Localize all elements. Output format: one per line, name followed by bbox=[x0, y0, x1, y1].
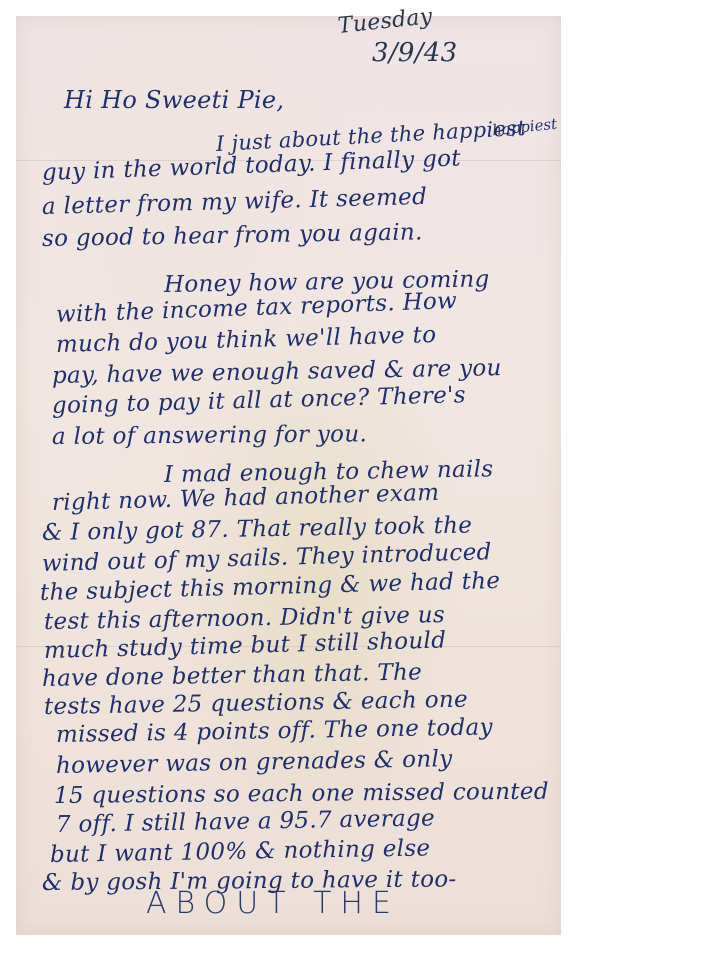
letter-line: 15 questions so each one missed counted bbox=[54, 779, 549, 809]
letter-line: much do you think we'll have to bbox=[56, 322, 437, 358]
letter-salutation: Hi Ho Sweeti Pie, bbox=[64, 86, 284, 114]
letter-line: 7 off. I still have a 95.7 average bbox=[56, 805, 435, 838]
letter-line: however was on grenades & only bbox=[56, 746, 453, 779]
letter-line: but I want 100% & nothing else bbox=[50, 835, 431, 868]
letter-line: missed is 4 points off. The one today bbox=[56, 714, 493, 748]
letter-line: a letter from my wife. It seemed bbox=[42, 184, 428, 220]
letter-page: Tuesday 3/9/43 Hi Ho Sweeti Pie, happies… bbox=[16, 16, 561, 935]
letter-line: right now. We had another exam bbox=[52, 480, 440, 516]
letter-line: with the income tax reports. How bbox=[56, 288, 458, 328]
letter-day: Tuesday bbox=[337, 4, 434, 39]
letter-line: so good to hear from you again. bbox=[42, 219, 423, 252]
letter-line: a lot of answering for you. bbox=[52, 421, 367, 450]
letter-date: 3/9/43 bbox=[372, 38, 458, 68]
letter-line: have done better than that. The bbox=[42, 659, 422, 692]
letter-footer-continuation: ABOUT THE bbox=[146, 886, 400, 921]
